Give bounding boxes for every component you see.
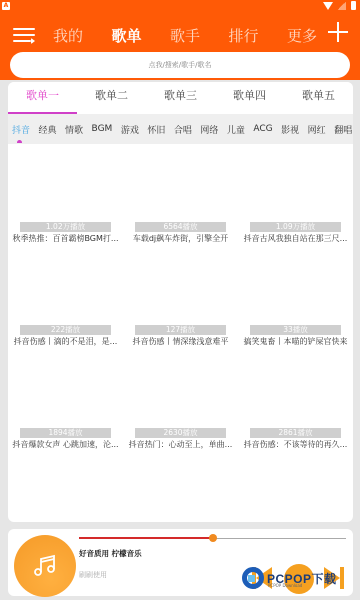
playlist-item[interactable]: 1894播放 抖音爆款女声 心跳加速，沦...	[8, 350, 123, 450]
playlist-cover	[250, 144, 341, 222]
tab-singers[interactable]: 歌手	[167, 25, 203, 46]
category-children[interactable]: 儿童	[227, 123, 245, 136]
play-count: 1.09万播放	[250, 222, 341, 232]
playlist-card: 歌单一 歌单二 歌单三 歌单四 歌单五 抖音 经典 情歌 BGM 游戏 怀旧 合…	[8, 82, 353, 522]
main-nav: 我的 歌单 歌手 排行 更多	[50, 20, 320, 50]
tab-playlist-3[interactable]: 歌单三	[146, 82, 215, 112]
watermark-subtext: PCPOP Download	[268, 583, 302, 588]
music-note-icon	[32, 553, 58, 579]
tab-playlist-5[interactable]: 歌单五	[284, 82, 353, 112]
category-bgm[interactable]: BGM	[92, 124, 113, 134]
app-header: 我的 歌单 歌手 排行 更多 点我/搜索/歌手/歌名	[0, 14, 360, 80]
notification-icon: A	[2, 2, 10, 10]
playlist-item[interactable]: 1.02万播放 秋季热推：百首霸榜BGM打...	[8, 144, 123, 244]
watermark-logo-icon	[242, 567, 264, 589]
playlist-item[interactable]: 33播放 搞笑鬼畜丨本喵的铲屎官快来	[238, 247, 353, 347]
playlist-item[interactable]: 2861播放 抖音伤感：不该等待的再久...	[238, 350, 353, 450]
category-influencer[interactable]: 网红	[308, 123, 326, 136]
category-douyin[interactable]: 抖音	[12, 123, 30, 136]
category-classic[interactable]: 经典	[39, 123, 57, 136]
tab-playlist-2[interactable]: 歌单二	[77, 82, 146, 112]
playlist-item[interactable]: 6564播放 车载dj飙车炸街，引擎全开	[123, 144, 238, 244]
playlist-cover	[250, 247, 341, 325]
search-input[interactable]: 点我/搜索/歌手/歌名	[10, 52, 350, 78]
playlist-cover	[135, 350, 226, 428]
playlist-cover	[20, 350, 111, 428]
playlist-item[interactable]: 222播放 抖音伤感丨滴的不是泪，是...	[8, 247, 123, 347]
tab-playlist-1[interactable]: 歌单一	[8, 82, 77, 112]
category-network[interactable]: 网络	[200, 123, 218, 136]
playlist-cover	[135, 247, 226, 325]
song-title: 好音质用 柠檬音乐	[79, 548, 142, 559]
playlist-title: 搞笑鬼畜丨本喵的铲屎官快来	[240, 336, 351, 347]
playlist-title: 抖音伤感：不该等待的再久...	[240, 439, 351, 450]
category-acg[interactable]: ACG	[253, 124, 272, 134]
category-film[interactable]: 影视	[281, 123, 299, 136]
play-count: 1.02万播放	[20, 222, 111, 232]
playlist-title: 车载dj飙车炸街，引擎全开	[125, 233, 236, 244]
play-count: 2630播放	[135, 428, 226, 438]
tab-mine[interactable]: 我的	[50, 25, 86, 46]
play-count: 2861播放	[250, 428, 341, 438]
status-bar: A	[0, 0, 360, 14]
playlist-cover	[20, 144, 111, 222]
playlist-tabs: 歌单一 歌单二 歌单三 歌单四 歌单五	[8, 82, 353, 112]
menu-icon[interactable]	[13, 28, 35, 44]
playlist-title: 抖音伤感丨情深缘浅意难平	[125, 336, 236, 347]
category-nostalgia[interactable]: 怀旧	[147, 123, 165, 136]
wifi-icon	[323, 2, 333, 10]
category-cover[interactable]: 翻唱	[334, 123, 352, 136]
progress-knob[interactable]	[209, 534, 217, 542]
tab-charts[interactable]: 排行	[225, 25, 261, 46]
tab-playlists[interactable]: 歌单	[108, 25, 144, 46]
playlist-cover	[250, 350, 341, 428]
playlist-cover	[135, 144, 226, 222]
category-bar[interactable]: 抖音 经典 情歌 BGM 游戏 怀旧 合唱 网络 儿童 ACG 影视 网红 翻唱…	[8, 114, 353, 144]
playlist-title: 抖音伤感丨滴的不是泪，是...	[10, 336, 121, 347]
playlist-item[interactable]: 2630播放 抖音热门：心动至上，单曲...	[123, 350, 238, 450]
category-love[interactable]: 情歌	[65, 123, 83, 136]
watermark: PCPOP下载 PCPOP Download	[242, 560, 354, 596]
playlist-title: 抖音热门：心动至上，单曲...	[125, 439, 236, 450]
plus-icon[interactable]	[328, 22, 348, 42]
playlist-title: 秋季热推：百首霸榜BGM打...	[10, 233, 121, 244]
battery-icon	[351, 1, 356, 10]
category-chorus[interactable]: 合唱	[174, 123, 192, 136]
progress-fill	[79, 537, 212, 539]
playlist-cover	[20, 247, 111, 325]
album-cover[interactable]	[14, 535, 76, 597]
song-subtitle: 刷刷使用	[79, 570, 107, 580]
playlist-item[interactable]: 127播放 抖音伤感丨情深缘浅意难平	[123, 247, 238, 347]
play-count: 222播放	[20, 325, 111, 335]
signal-icon	[338, 1, 346, 10]
tab-playlist-4[interactable]: 歌单四	[215, 82, 284, 112]
play-count: 6564播放	[135, 222, 226, 232]
tab-more[interactable]: 更多	[284, 25, 320, 46]
play-count: 33播放	[250, 325, 341, 335]
category-game[interactable]: 游戏	[121, 123, 139, 136]
play-count: 1894播放	[20, 428, 111, 438]
playlist-item[interactable]: 1.09万播放 抖音古风我独自站在那三尺...	[238, 144, 353, 244]
playlist-title: 抖音爆款女声 心跳加速，沦...	[10, 439, 121, 450]
playlist-title: 抖音古风我独自站在那三尺...	[240, 233, 351, 244]
play-count: 127播放	[135, 325, 226, 335]
